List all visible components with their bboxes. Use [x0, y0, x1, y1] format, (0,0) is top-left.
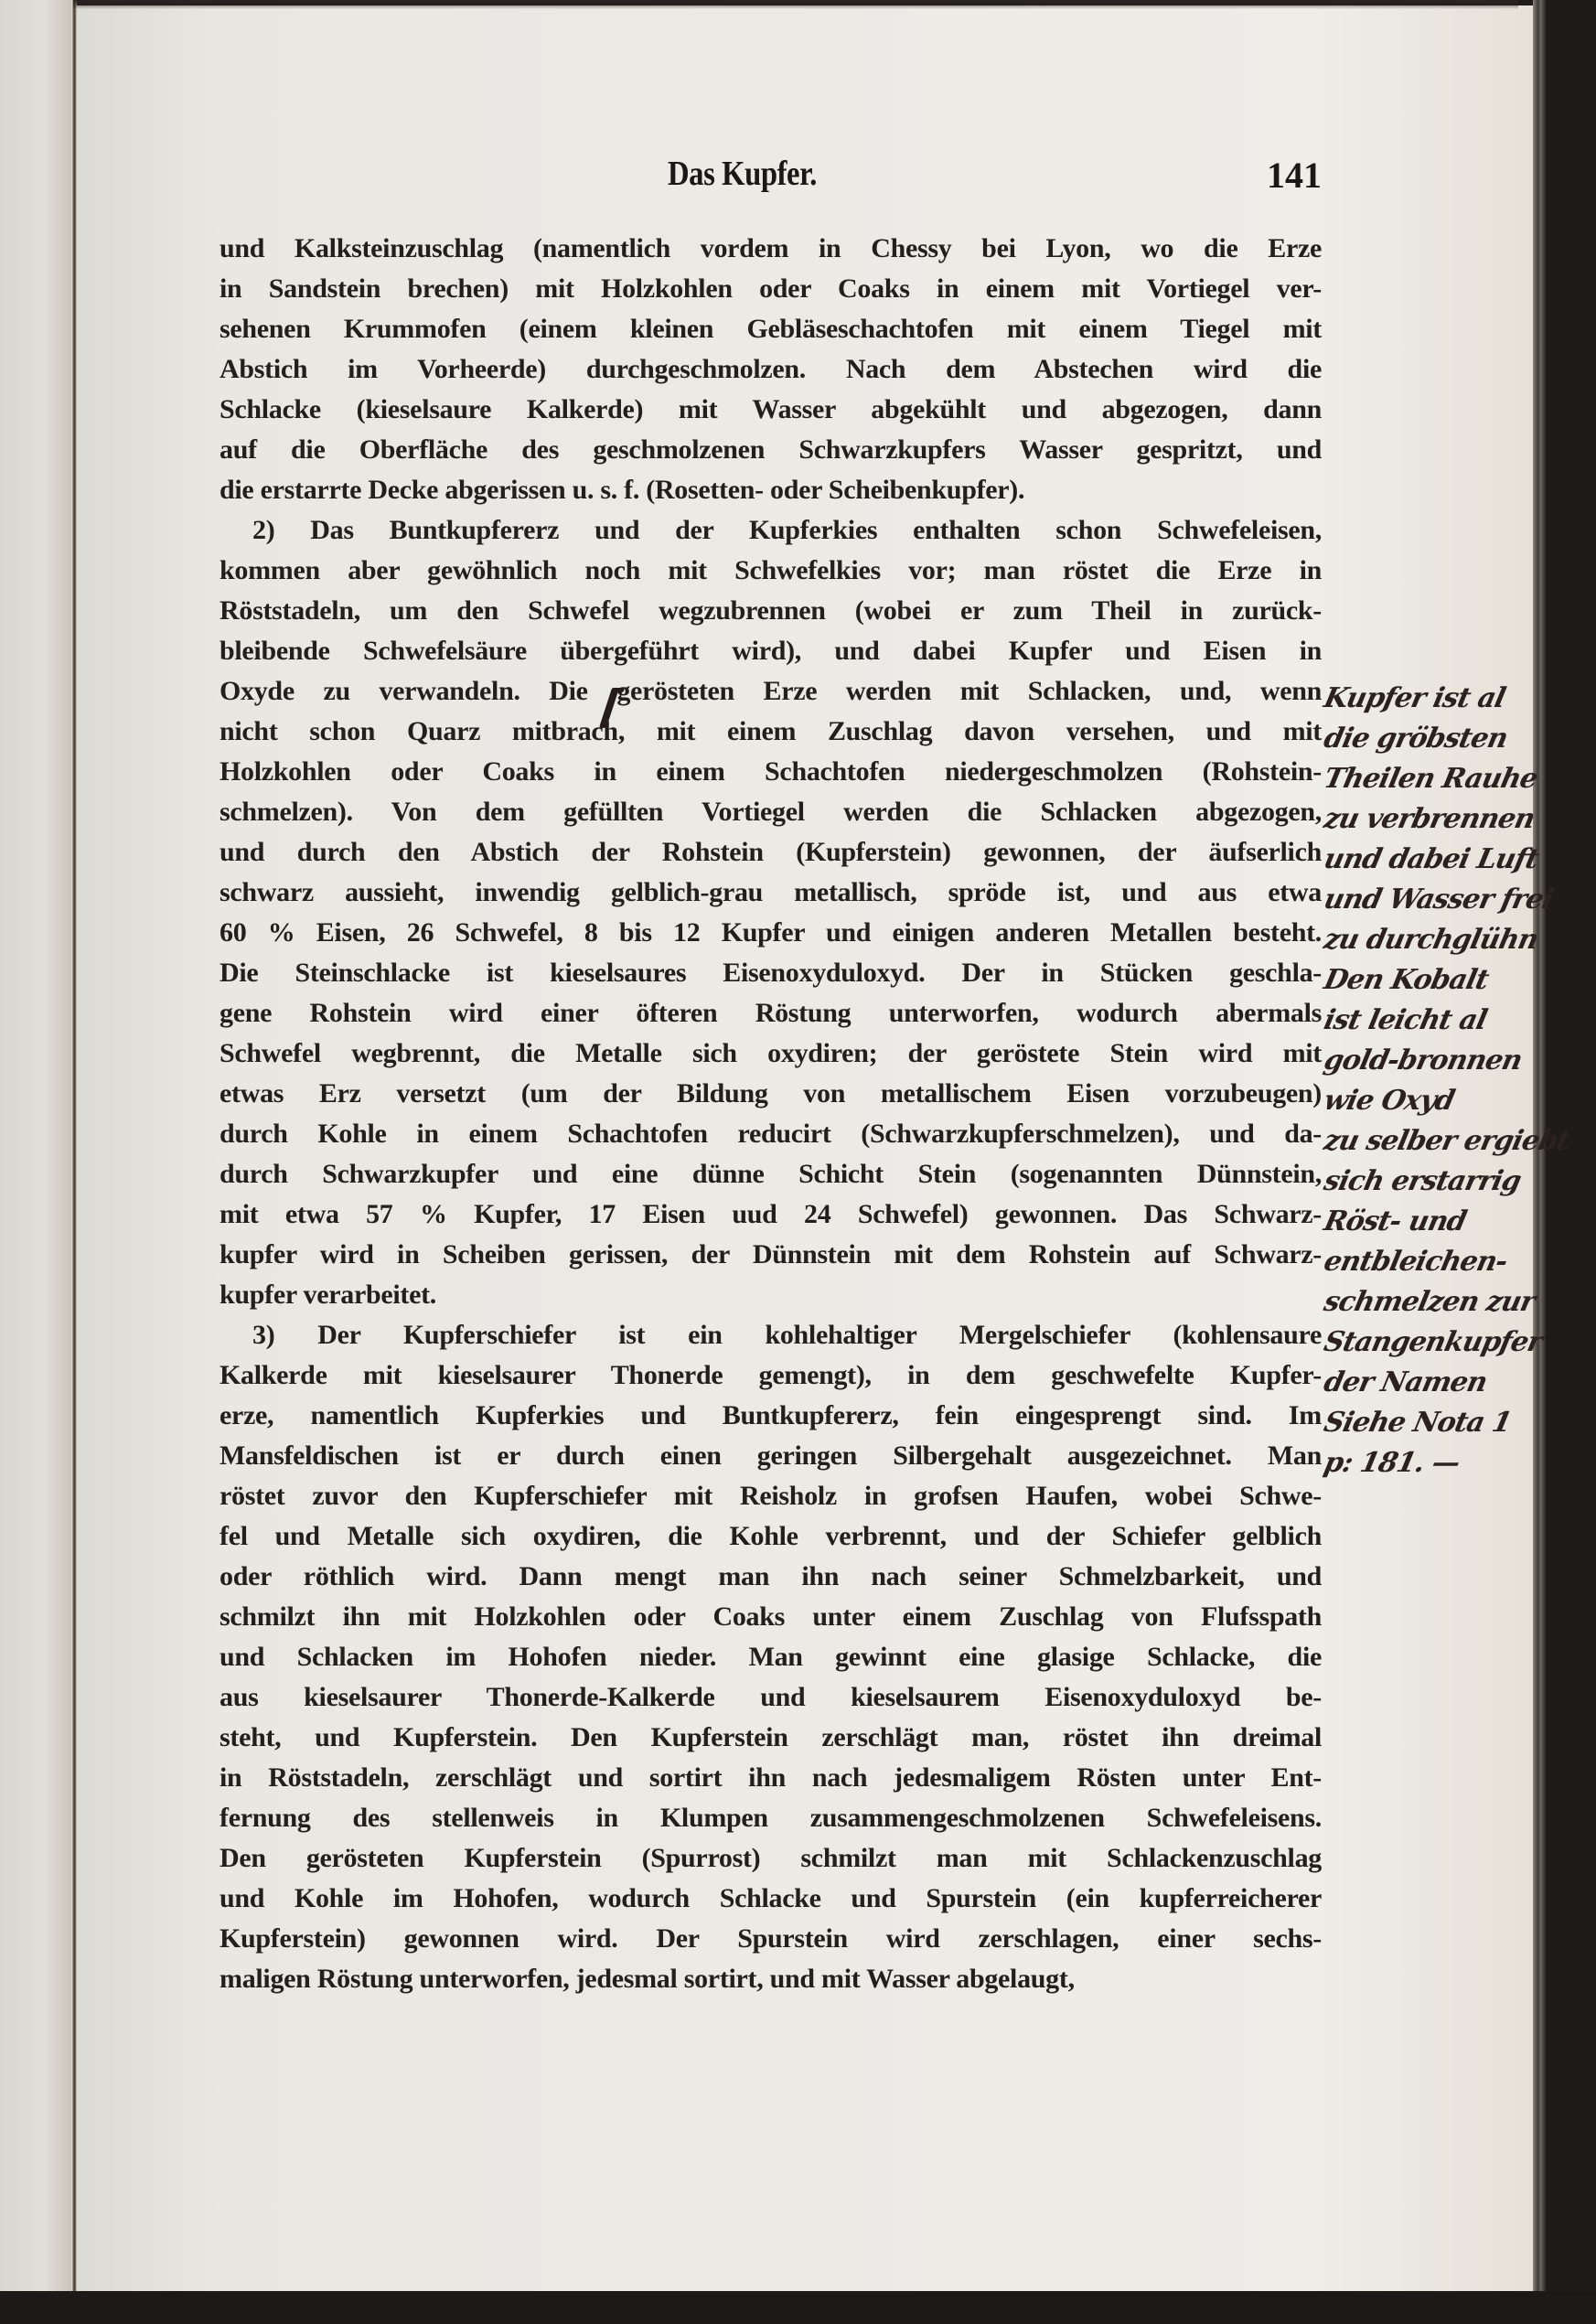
handwritten-margin-notes: Kupfer ist al die gröbsten Theilen Rauhe…	[1324, 679, 1539, 1483]
text-line: gene Rohstein wird einer öfteren Röstung…	[220, 993, 1322, 1033]
text-line: etwas Erz versetzt (um der Bildung von m…	[220, 1074, 1322, 1114]
text-line: Schlacke (kieselsaure Kalkerde) mit Wass…	[220, 390, 1322, 430]
handwritten-line: und dabei Luft	[1320, 840, 1543, 880]
scanned-book-spread: Das Kupfer. 141 und Kalksteinzuschlag (n…	[0, 0, 1596, 2324]
handwritten-line: zu selber ergiebt	[1320, 1121, 1543, 1162]
text-line: und Kohle im Hohofen, wodurch Schlacke u…	[220, 1879, 1322, 1919]
text-line: Mansfeldischen ist er durch einen gering…	[220, 1436, 1322, 1476]
text-line: die erstarrte Decke abgerissen u. s. f. …	[220, 470, 1322, 510]
text-line: Schwefel wegbrennt, die Metalle sich oxy…	[220, 1033, 1322, 1074]
text-line: erze, namentlich Kupferkies und Buntkupf…	[220, 1396, 1322, 1436]
text-line: aus kieselsaurer Thonerde-Kalkerde und k…	[220, 1677, 1322, 1718]
handwritten-line: sich erstarrig	[1320, 1162, 1543, 1202]
text-line: in Sandstein brechen) mit Holzkohlen ode…	[220, 269, 1322, 309]
text-line: fel und Metalle sich oxydiren, die Kohle…	[220, 1516, 1322, 1557]
text-line: kupfer wird in Scheiben gerissen, der Dü…	[220, 1235, 1322, 1275]
handwritten-line: schmelzen zur	[1320, 1282, 1543, 1323]
text-line: fernung des stellenweis in Klumpen zusam…	[220, 1798, 1322, 1838]
handwritten-line: gold-bronnen	[1320, 1041, 1543, 1081]
handwritten-line: der Namen	[1320, 1363, 1543, 1403]
text-line: in Röststadeln, zerschlägt und sortirt i…	[220, 1758, 1322, 1798]
handwritten-line: die gröbsten	[1320, 719, 1543, 759]
handwritten-line: Siehe Nota 1	[1320, 1403, 1543, 1443]
text-line: Kalkerde mit kieselsaurer Thonerde gemen…	[220, 1355, 1322, 1396]
text-line: und Kalksteinzuschlag (namentlich vordem…	[220, 229, 1322, 269]
text-line: röstet zuvor den Kupferschiefer mit Reis…	[220, 1476, 1322, 1516]
paragraph-start: 3) Der Kupferschiefer ist ein kohlehalti…	[220, 1315, 1322, 1355]
handwritten-line: Theilen Rauhe	[1320, 759, 1543, 799]
page-number: 141	[1267, 154, 1322, 197]
text-line: Holzkohlen oder Coaks in einem Schachtof…	[220, 752, 1322, 792]
text-line: oder röthlich wird. Dann mengt man ihn n…	[220, 1557, 1322, 1597]
text-line: und durch den Abstich der Rohstein (Kupf…	[220, 832, 1322, 873]
text-line: kupfer verarbeitet.	[220, 1275, 1322, 1315]
text-line: Die Steinschlacke ist kieselsaures Eisen…	[220, 953, 1322, 993]
text-line: Abstich im Vorheerde) durchgeschmolzen. …	[220, 349, 1322, 390]
handwritten-line: entbleichen-	[1320, 1242, 1543, 1282]
handwritten-line: zu durchglühn	[1320, 920, 1543, 960]
text-line: auf die Oberfläche des geschmolzenen Sch…	[220, 430, 1322, 470]
handwritten-line: Stangenkupfer	[1320, 1323, 1543, 1363]
text-line: sehenen Krummofen (einem kleinen Gebläse…	[220, 309, 1322, 349]
handwritten-line: p: 181. —	[1320, 1443, 1543, 1483]
handwritten-line: ist leicht al	[1320, 1001, 1543, 1041]
text-line: schmilzt ihn mit Holzkohlen oder Coaks u…	[220, 1597, 1322, 1637]
text-line: durch Schwarzkupfer und eine dünne Schic…	[220, 1154, 1322, 1194]
previous-page-edge	[0, 0, 71, 2296]
handwritten-line: Röst- und	[1320, 1202, 1543, 1242]
text-line: durch Kohle in einem Schachtofen reducir…	[220, 1114, 1322, 1154]
text-line: Kupferstein) gewonnen wird. Der Spurstei…	[220, 1919, 1322, 1959]
handwritten-line: Den Kobalt	[1320, 960, 1543, 1001]
text-line: Oxyde zu verwandeln. Die gerösteten Erze…	[220, 671, 1322, 712]
text-line: Den gerösteten Kupferstein (Spurrost) sc…	[220, 1838, 1322, 1879]
text-line: kommen aber gewöhnlich noch mit Schwefel…	[220, 551, 1322, 591]
text-line: mit etwa 57 % Kupfer, 17 Eisen uud 24 Sc…	[220, 1194, 1322, 1235]
running-title: Das Kupfer.	[668, 154, 817, 194]
text-line: schwarz aussieht, inwendig gelblich-grau…	[220, 873, 1322, 913]
text-line: maligen Röstung unterworfen, jedesmal so…	[220, 1959, 1322, 1999]
text-line: 60 % Eisen, 26 Schwefel, 8 bis 12 Kupfer…	[220, 913, 1322, 953]
text-line: schmelzen). Von dem gefüllten Vortiegel …	[220, 792, 1322, 832]
paragraph-start: 2) Das Buntkupfererz und der Kupferkies …	[220, 510, 1322, 551]
body-text: und Kalksteinzuschlag (namentlich vordem…	[220, 229, 1322, 1999]
top-shadow	[73, 0, 1518, 9]
handwritten-line: zu verbrennen	[1320, 799, 1543, 840]
handwritten-line: wie Oxyd	[1320, 1081, 1543, 1121]
handwritten-line: Kupfer ist al	[1320, 679, 1543, 719]
text-line: nicht schon Quarz mitbrach, mit einem Zu…	[220, 712, 1322, 752]
running-head: Das Kupfer. 141	[220, 154, 1322, 199]
text-line: Röststadeln, um den Schwefel wegzubrenne…	[220, 591, 1322, 631]
text-line: bleibende Schwefelsäure übergeführt wird…	[220, 631, 1322, 671]
text-line: steht, und Kupferstein. Den Kupferstein …	[220, 1718, 1322, 1758]
scan-background-bottom	[0, 2291, 1596, 2324]
text-line: und Schlacken im Hohofen nieder. Man gew…	[220, 1637, 1322, 1677]
handwritten-line: und Wasser frei	[1320, 880, 1543, 920]
